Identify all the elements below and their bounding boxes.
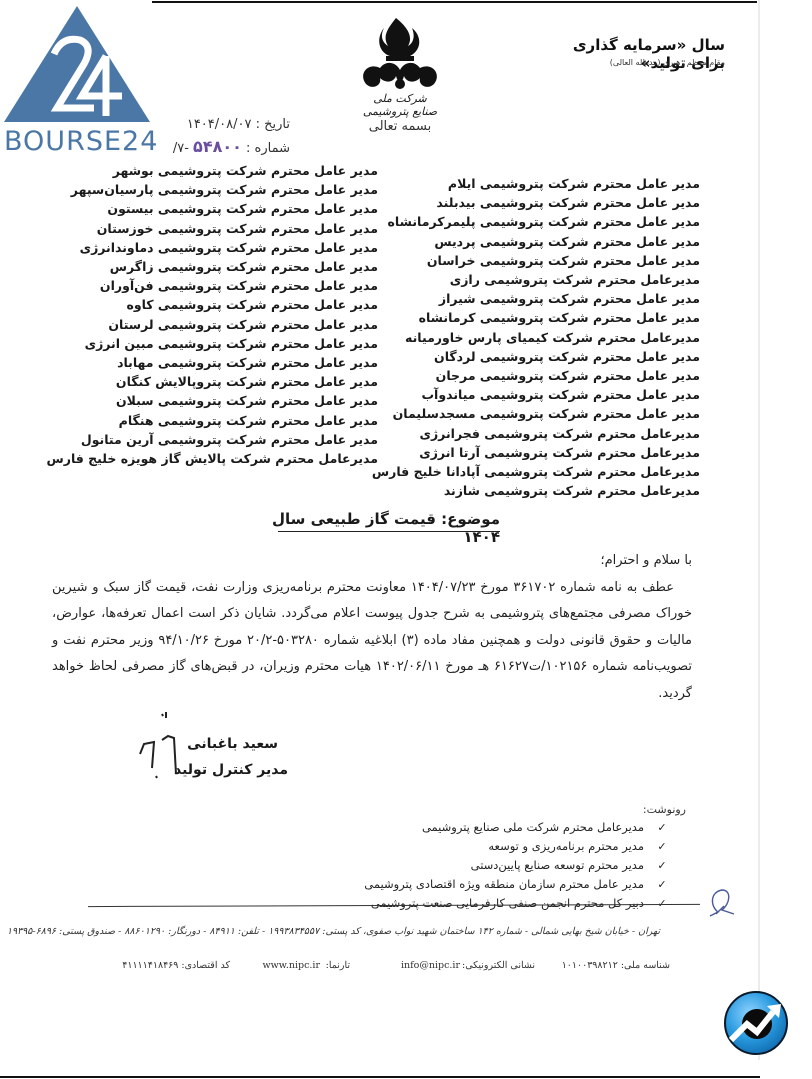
date-label: تاریخ : [256, 117, 290, 132]
addressee-list-left: مدیر عامل محترم شرکت پتروشیمی بوشهر مدیر… [60, 161, 378, 468]
addressee: مدیرعامل محترم شرکت پالایش گاز هویزه خلی… [60, 449, 378, 468]
addressee: مدیر عامل محترم شرکت پتروشیمی بوشهر [60, 161, 378, 180]
addressee: مدیرعامل محترم شرکت پتروشیمی شازند [400, 481, 700, 500]
bourse24-triangle-icon [2, 4, 152, 126]
paraph-signature-icon [700, 884, 740, 924]
addressee: مدیر عامل محترم شرکت پتروپالایش کنگان [60, 372, 378, 391]
number-prefix: -۷/ [173, 141, 189, 156]
footer-address: تهران - خیابان شیخ بهایی شمالی - شماره ۱… [120, 926, 660, 937]
cc-label: رونوشت: [620, 803, 686, 816]
addressee: مدیر عامل محترم شرکت پتروشیمی میاندوآب [400, 385, 700, 404]
date-row: تاریخ : ۱۴۰۴/۰۸/۰۷ [150, 114, 290, 136]
letter-page: BOURSE24 شرکت ملی صنایع پتروشیمی بسمه تع… [0, 0, 812, 1079]
addressee: مدیر عامل محترم شرکت پتروشیمی خوزستان [60, 219, 378, 238]
addressee: مدیر عامل محترم شرکت پتروشیمی شیراز [400, 289, 700, 308]
addressee: مدیرعامل محترم شرکت پتروشیمی آپادانا خلی… [400, 462, 700, 481]
national-id: شناسه ملی: ۱۰۱۰۰۳۹۸۲۱۲ [562, 960, 670, 971]
addressee: مدیرعامل محترم شرکت پتروشیمی فجرانرژی [400, 424, 700, 443]
signatory-name: سعید باغبانی [170, 736, 278, 752]
addressee: مدیر عامل محترم شرکت پتروشیمی لردگان [400, 347, 700, 366]
cc-item: ✓مدیر محترم برنامه‌ریزی و توسعه [360, 837, 670, 856]
greeting: با سلام و احترام؛ [52, 548, 692, 575]
letter-meta: تاریخ : ۱۴۰۴/۰۸/۰۷ شماره : ۵۴۸۰۰ -۷/ [150, 114, 290, 158]
addressee: مدیر عامل محترم شرکت پتروشیمی زاگرس [60, 257, 378, 276]
number-label: شماره : [246, 141, 290, 156]
addressee: مدیر عامل محترم شرکت پتروشیمی دماوندانرژ… [60, 238, 378, 257]
addressee: مدیر عامل محترم شرکت پتروشیمی پلیمرکرمان… [400, 212, 700, 231]
email-link[interactable]: info@nipc.ir [401, 960, 460, 971]
body-paragraph: عطف به نامه شماره ۳۶۱۷۰۲ مورخ ۱۴۰۴/۰۷/۲۳… [52, 575, 692, 708]
letter-subject: موضوع: قیمت گاز طبیعی سال ۱۴۰۴ [270, 510, 500, 546]
signatory-title: مدیر کنترل تولید [170, 762, 288, 778]
date-value: ۱۴۰۴/۰۸/۰۷ [187, 117, 252, 132]
website-link[interactable]: www.nipc.ir [263, 960, 320, 971]
addressee: مدیر عامل محترم شرکت پتروشیمی کرمانشاه [400, 308, 700, 327]
addressee: مدیر عامل محترم شرکت پتروشیمی بیستون [60, 199, 378, 218]
slogan-attribution: مقام معظم رهبری (مدظله العالی) [560, 58, 725, 67]
web-label: تارنما: [326, 960, 350, 971]
trend-chart-badge-icon [723, 990, 789, 1056]
addressee: مدیرعامل محترم شرکت پتروشیمی رازی [400, 270, 700, 289]
cc-item: ✓مدیرعامل محترم شرکت ملی صنایع پتروشیمی [360, 818, 670, 837]
checkmark-icon: ✓ [654, 857, 670, 875]
addressee: مدیر عامل محترم شرکت پتروشیمی مبین انرژی [60, 334, 378, 353]
addressee: مدیر عامل محترم شرکت پتروشیمی خراسان [400, 251, 700, 270]
footer-contact-row: شناسه ملی: ۱۰۱۰۰۳۹۸۲۱۲ نشانی الکترونیکی:… [130, 960, 670, 974]
checkmark-icon: ✓ [654, 838, 670, 856]
number-row: شماره : ۵۴۸۰۰ -۷/ [150, 136, 290, 158]
addressee: مدیر عامل محترم شرکت پتروشیمی مرجان [400, 366, 700, 385]
bismillah-heading: بسمه تعالی [358, 119, 442, 134]
checkmark-icon: ✓ [654, 876, 670, 894]
addressee: مدیر عامل محترم شرکت پتروشیمی هنگام [60, 411, 378, 430]
cc-list: ✓مدیرعامل محترم شرکت ملی صنایع پتروشیمی … [360, 818, 670, 913]
addressee: مدیر عامل محترم شرکت پتروشیمی پردیس [400, 232, 700, 251]
cc-item: ✓مدیر عامل محترم سازمان منطقه ویژه اقتصا… [360, 875, 670, 894]
economic-code: کد اقتصادی: ۴۱۱۱۱۴۱۸۴۶۹ [122, 960, 230, 971]
letter-body: با سلام و احترام؛ عطف به نامه شماره ۳۶۱۷… [52, 548, 692, 707]
top-rule [152, 1, 757, 3]
bourse24-logo: BOURSE24 [2, 4, 152, 150]
checkmark-icon: ✓ [654, 819, 670, 837]
addressee: مدیرعامل محترم شرکت پتروشیمی آرتا انرژی [400, 443, 700, 462]
bourse24-wordmark: BOURSE24 [4, 126, 158, 157]
cc-item: ✓مدیر محترم توسعه صنایع پایین‌دستی [360, 856, 670, 875]
addressee: مدیر عامل محترم شرکت پتروشیمی بیدبلند [400, 193, 700, 212]
addressee: مدیر عامل محترم شرکت پتروشیمی ایلام [400, 174, 700, 193]
addressee: مدیر عامل محترم شرکت پتروشیمی آرین متانو… [60, 430, 378, 449]
addressee: مدیر عامل محترم شرکت پتروشیمی سبلان [60, 391, 378, 410]
page-edge [758, 0, 760, 1060]
addressee: مدیر عامل محترم شرکت پتروشیمی کاوه [60, 295, 378, 314]
addressee: مدیر عامل محترم شرکت پتروشیمی فن‌آوران [60, 276, 378, 295]
addressee: مدیر عامل محترم شرکت پتروشیمی مسجدسلیمان [400, 404, 700, 423]
subject-underline [278, 531, 500, 532]
npc-logo-caption: شرکت ملی صنایع پتروشیمی [360, 92, 440, 118]
number-value: ۵۴۸۰۰ [193, 137, 242, 156]
addressee: مدیر عامل محترم شرکت پتروشیمی مهاباد [60, 353, 378, 372]
addressee: مدیر عامل محترم شرکت پتروشیمی لرستان [60, 315, 378, 334]
addressee: مدیر عامل محترم شرکت پتروشیمی پارسیان‌سپ… [60, 180, 378, 199]
email-label: نشانی الکترونیکی: [462, 960, 535, 971]
addressee: مدیرعامل محترم شرکت کیمیای پارس خاورمیان… [400, 328, 700, 347]
bottom-rule [0, 1076, 760, 1078]
addressee-list-right: مدیر عامل محترم شرکت پتروشیمی ایلام مدیر… [400, 174, 700, 500]
